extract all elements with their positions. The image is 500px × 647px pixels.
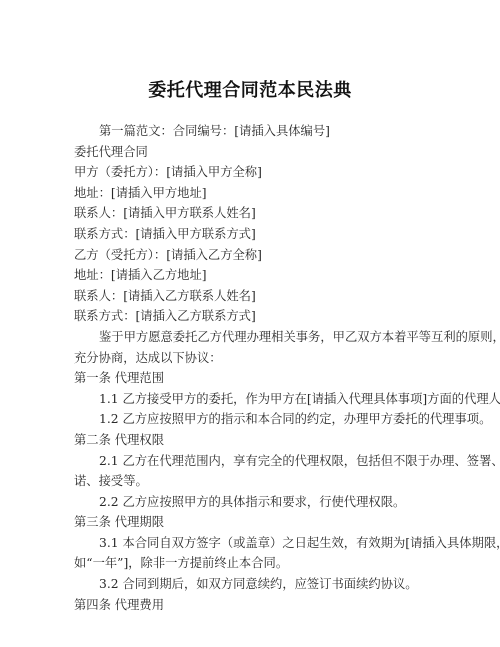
article-3-heading: 第三条 代理期限: [74, 512, 436, 533]
document-title: 委托代理合同范本民法典: [0, 76, 500, 102]
party-b-contact: 联系人：[请插入乙方联系人姓名]: [74, 286, 436, 307]
party-a-address: 地址：[请插入甲方地址]: [74, 183, 436, 204]
article-4-heading: 第四条 代理费用: [74, 595, 436, 616]
party-a-contact: 联系人：[请插入甲方联系人姓名]: [74, 203, 436, 224]
clause-3-1-line-2: 如“一年”]，除非一方提前终止本合同。: [74, 553, 436, 574]
contract-heading: 委托代理合同: [74, 142, 436, 163]
document-body: 第一篇范文：合同编号：[请插入具体编号] 委托代理合同 甲方（委托方）：[请插入…: [74, 121, 436, 615]
clause-2-1-line-2: 诺、接受等。: [74, 471, 436, 492]
clause-1-1: 1.1 乙方接受甲方的委托，作为甲方在[请插入代理具体事项]方面的代理人。: [74, 389, 436, 410]
preamble-line-1: 鉴于甲方愿意委托乙方代理办理相关事务，甲乙双方本着平等互利的原则，经: [74, 327, 436, 348]
preamble-line-2: 充分协商，达成以下协议：: [74, 348, 436, 369]
clause-3-1-line-1: 3.1 本合同自双方签字（或盖章）之日起生效，有效期为[请插入具体期限，: [74, 533, 436, 554]
party-a-name: 甲方（委托方）：[请插入甲方全称]: [74, 162, 436, 183]
article-1-heading: 第一条 代理范围: [74, 368, 436, 389]
party-b-phone: 联系方式：[请插入乙方联系方式]: [74, 306, 436, 327]
clause-2-1-line-1: 2.1 乙方在代理范围内，享有完全的代理权限，包括但不限于办理、签署、承: [74, 451, 436, 472]
clause-2-2: 2.2 乙方应按照甲方的具体指示和要求，行使代理权限。: [74, 492, 436, 513]
party-b-name: 乙方（受托方）：[请插入乙方全称]: [74, 245, 436, 266]
contract-number-line: 第一篇范文：合同编号：[请插入具体编号]: [74, 121, 436, 142]
party-a-phone: 联系方式：[请插入甲方联系方式]: [74, 224, 436, 245]
clause-3-2: 3.2 合同到期后，如双方同意续约，应签订书面续约协议。: [74, 574, 436, 595]
article-2-heading: 第二条 代理权限: [74, 430, 436, 451]
clause-1-2: 1.2 乙方应按照甲方的指示和本合同的约定，办理甲方委托的代理事项。: [74, 409, 436, 430]
party-b-address: 地址：[请插入乙方地址]: [74, 265, 436, 286]
